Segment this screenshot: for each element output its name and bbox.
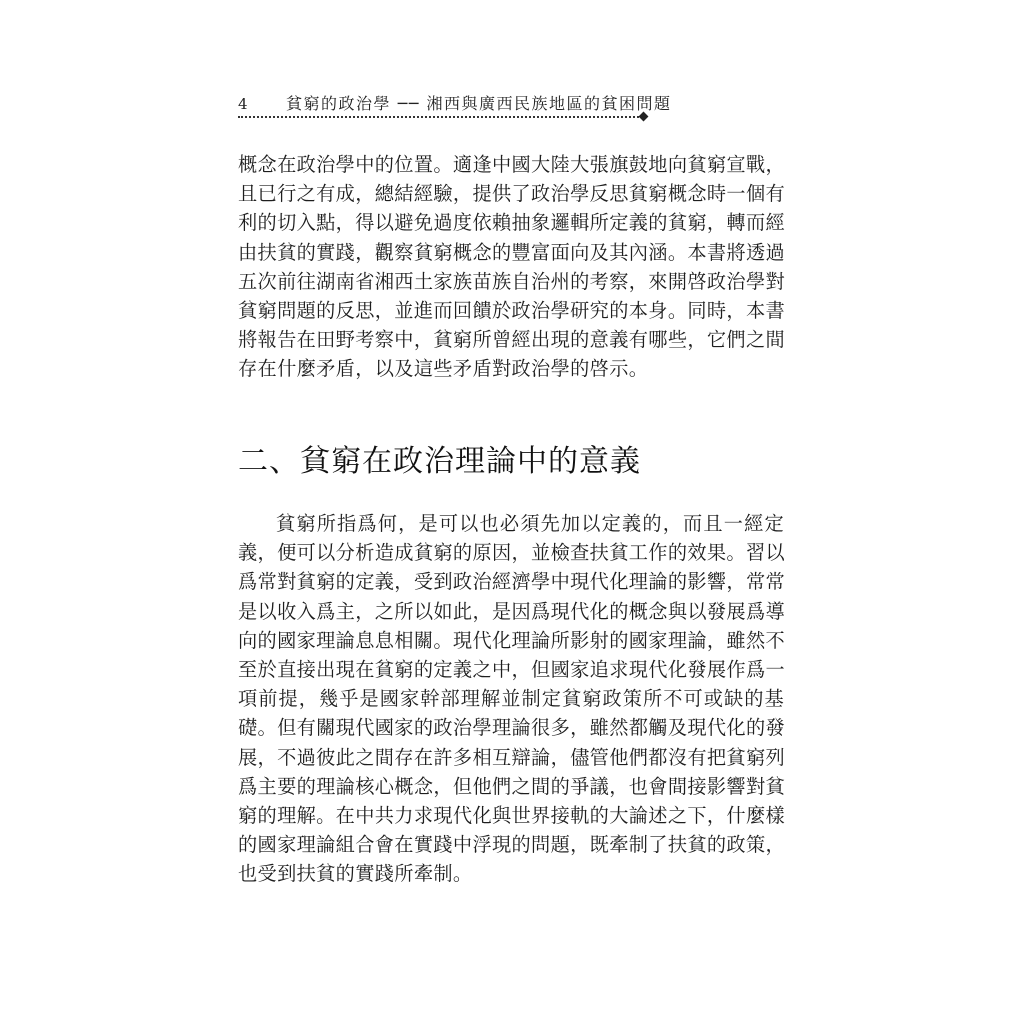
text-line: 利的切入點，得以避免過度依賴抽象邏輯所定義的貧窮，轉而經: [238, 208, 784, 237]
text-line: 的國家理論組合會在實踐中浮現的問題，既牽制了扶貧的政策，: [238, 830, 784, 859]
text-line: 貧窮所指爲何，是可以也必須先加以定義的，而且一經定: [238, 509, 784, 538]
text-line: 貧窮問題的反思，並進而回饋於政治學研究的本身。同時，本書: [238, 296, 784, 325]
text-line: 也受到扶貧的實踐所牽制。: [238, 859, 784, 888]
paragraph-continued: 概念在政治學中的位置。適逢中國大陸大張旗鼓地向貧窮宣戰， 且已行之有成，總結經驗…: [238, 150, 784, 384]
text-line: 義，便可以分析造成貧窮的原因，並檢查扶貧工作的效果。習以: [238, 538, 784, 567]
text-line: 且已行之有成，總結經驗，提供了政治學反思貧窮概念時一個有: [238, 179, 784, 208]
text-line: 項前提，幾乎是國家幹部理解並制定貧窮政策所不可或缺的基: [238, 684, 784, 713]
running-title: 貧窮的政治學 ── 湘西與廣西民族地區的貧困問題: [286, 93, 671, 115]
text-line: 至於直接出現在貧窮的定義之中，但國家追求現代化發展作爲一: [238, 655, 784, 684]
text-line: 向的國家理論息息相關。現代化理論所影射的國家理論，雖然不: [238, 626, 784, 655]
section-heading: 二、貧窮在政治理論中的意義: [238, 442, 641, 482]
text-line: 五次前往湖南省湘西土家族苗族自治州的考察，來開啓政治學對: [238, 267, 784, 296]
header-dotted-rule: [238, 116, 642, 118]
book-page: 4 貧窮的政治學 ── 湘西與廣西民族地區的貧困問題 概念在政治學中的位置。適逢…: [0, 0, 1024, 1024]
text-line: 爲常對貧窮的定義，受到政治經濟學中現代化理論的影響，常常: [238, 567, 784, 596]
text-line: 將報告在田野考察中，貧窮所曾經出現的意義有哪些，它們之間: [238, 325, 784, 354]
text-line: 窮的理解。在中共力求現代化與世界接軌的大論述之下，什麼樣: [238, 801, 784, 830]
text-line: 由扶貧的實踐，觀察貧窮概念的豐富面向及其內涵。本書將透過: [238, 238, 784, 267]
text-line: 展，不過彼此之間存在許多相互辯論，儘管他們都沒有把貧窮列: [238, 743, 784, 772]
text-line: 存在什麼矛盾，以及這些矛盾對政治學的啓示。: [238, 354, 784, 383]
text-line: 礎。但有關現代國家的政治學理論很多，雖然都觸及現代化的發: [238, 713, 784, 742]
running-header: 4 貧窮的政治學 ── 湘西與廣西民族地區的貧困問題: [238, 93, 650, 119]
paragraph-section-two: 貧窮所指爲何，是可以也必須先加以定義的，而且一經定 義，便可以分析造成貧窮的原因…: [238, 509, 784, 888]
text-line: 是以收入爲主，之所以如此，是因爲現代化的概念與以發展爲導: [238, 597, 784, 626]
page-number: 4: [238, 93, 248, 115]
text-line: 爲主要的理論核心概念，但他們之間的爭議，也會間接影響對貧: [238, 772, 784, 801]
text-line: 概念在政治學中的位置。適逢中國大陸大張旗鼓地向貧窮宣戰，: [238, 150, 784, 179]
